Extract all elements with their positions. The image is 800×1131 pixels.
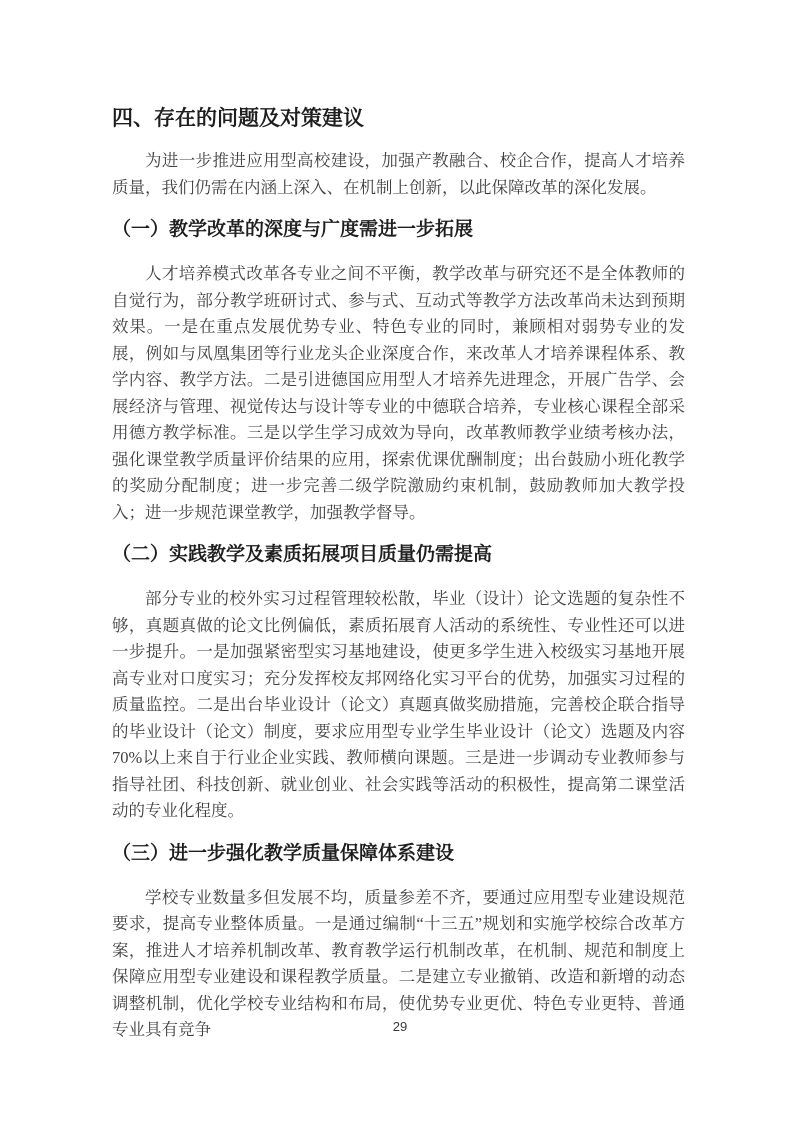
section-1-heading: （一）教学改革的深度与广度需进一步拓展 <box>112 216 685 244</box>
intro-paragraph: 为进一步推进应用型高校建设，加强产教融合、校企合作，提高人才培养质量，我们仍需在… <box>112 148 685 201</box>
section-2-heading: （二）实践教学及素质拓展项目质量仍需提高 <box>112 541 685 569</box>
section-1-body: 人才培养模式改革各专业之间不平衡，教学改革与研究还不是全体教师的自觉行为，部分教… <box>112 261 685 526</box>
section-2-body: 部分专业的校外实习过程管理较松散，毕业（设计）论文选题的复杂性不够，真题真做的论… <box>112 586 685 825</box>
document-page: 四、存在的问题及对策建议 为进一步推进应用型高校建设，加强产教融合、校企合作，提… <box>0 0 800 1131</box>
page-content: 四、存在的问题及对策建议 为进一步推进应用型高校建设，加强产教融合、校企合作，提… <box>112 0 685 1044</box>
page-title: 四、存在的问题及对策建议 <box>112 104 685 134</box>
section-3-heading: （三）进一步强化教学质量保障体系建设 <box>112 840 685 868</box>
page-number: 29 <box>0 1019 800 1034</box>
